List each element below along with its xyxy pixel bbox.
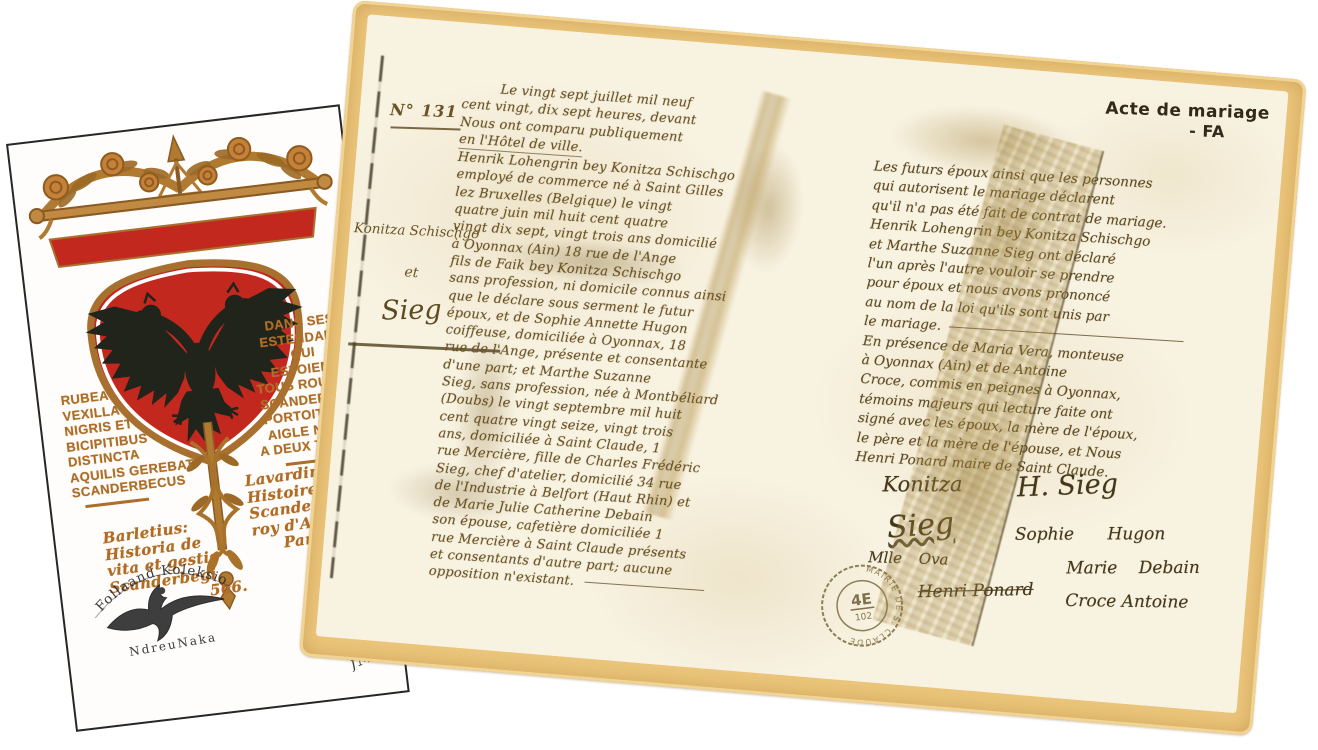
stamp-ring-text: MAIRIE DE S. CLAUDE bbox=[838, 561, 908, 649]
collection-stamp: Follaand Koleksioni NdreuNaka bbox=[77, 533, 249, 672]
signature-konitza: Konitza bbox=[882, 472, 962, 496]
document-page: N° 131 Konitza Schischgo et Sieg Le ving… bbox=[316, 14, 1289, 713]
signature-h-sieg: H. Sieg bbox=[1016, 468, 1118, 503]
stamp-name-text: NdreuNaka bbox=[128, 630, 218, 659]
act-number-underline bbox=[390, 126, 460, 130]
signature-sieg: Sieg bbox=[886, 506, 955, 546]
stamp-center-text: 4E bbox=[850, 589, 873, 609]
divider bbox=[85, 498, 149, 508]
signature-sophie-hugon: Sophie Hugon bbox=[1015, 524, 1166, 545]
act-number: N° 131 bbox=[390, 100, 458, 121]
latin-inscription: RUBEAVEXILLANIGRIS ETBICIPITIBUSDISTINCT… bbox=[60, 376, 222, 501]
signature-croce-antoine: Croce Antoine bbox=[1065, 591, 1188, 613]
marriage-act-document: N° 131 Konitza Schischgo et Sieg Le ving… bbox=[299, 0, 1307, 736]
mairie-stamp: MAIRIE DE S. CLAUDE 4E 102 bbox=[813, 556, 911, 654]
right-page-text: Les futurs époux ainsi que les personnes… bbox=[855, 157, 1276, 492]
signature-marie-debain: Marie Debain bbox=[1066, 558, 1200, 578]
stamp-number-text: 102 bbox=[854, 612, 872, 624]
signature-henri-ponard: Henri Ponard bbox=[918, 580, 1034, 602]
annotation-acte-de-mariage: Acte de mariage- FA bbox=[1089, 98, 1285, 143]
margin-et: et bbox=[404, 264, 419, 281]
left-page-text: Le vingt sept juillet mil neufcent vingt… bbox=[428, 79, 818, 605]
svg-text:MAIRIE DE S. CLAUDE: MAIRIE DE S. CLAUDE bbox=[838, 561, 908, 649]
margin-name-sieg: Sieg bbox=[381, 294, 442, 326]
